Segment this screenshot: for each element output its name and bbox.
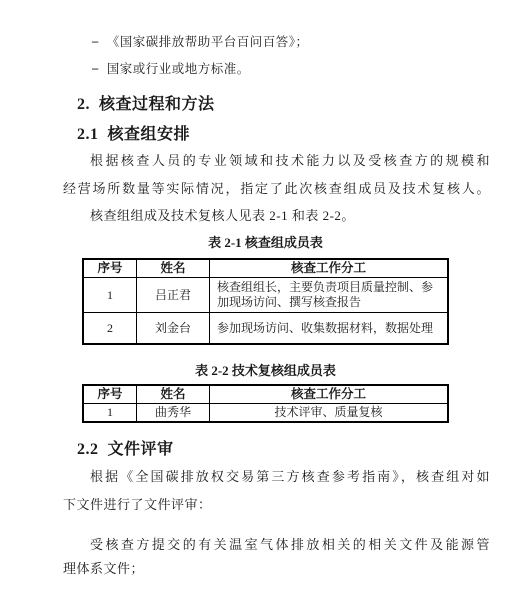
table-2-1: 序号 姓名 核查工作分工 1 吕正君 核查组组长，主要负责项目质量控制、参加现场… bbox=[82, 258, 449, 345]
cell-no: 1 bbox=[84, 278, 136, 312]
section-heading-2-2: 2.2文件评审 bbox=[77, 440, 174, 459]
paragraph-line: 下文件进行了文件评审： bbox=[63, 496, 212, 513]
bullet-text: 国家或行业或地方标准。 bbox=[107, 61, 250, 77]
cell-no: 2 bbox=[84, 313, 136, 343]
header-cell-duty: 核查工作分工 bbox=[209, 260, 447, 277]
section-title: 文件评审 bbox=[108, 441, 174, 458]
section-number: 2.2 bbox=[77, 441, 99, 458]
bullet-item: – 国家或行业或地方标准。 bbox=[92, 61, 250, 77]
table-row: 1 曲秀华 技术评审、质量复核 bbox=[84, 403, 447, 421]
header-cell-no: 序号 bbox=[84, 386, 136, 403]
document-page: – 《国家碳排放帮助平台百问百答》； – 国家或行业或地方标准。 2.核查过程和… bbox=[0, 0, 524, 589]
header-cell-no: 序号 bbox=[84, 260, 136, 277]
cell-duty: 技术评审、质量复核 bbox=[209, 404, 447, 421]
paragraph-line: 根据《全国碳排放权交易第三方核查参考指南》，核查组对如 bbox=[90, 468, 490, 485]
table-2-2-title: 表 2-2 技术复核组成员表 bbox=[82, 363, 449, 379]
header-cell-name: 姓名 bbox=[136, 386, 209, 403]
header-cell-duty: 核查工作分工 bbox=[209, 386, 447, 403]
table-2-1-title: 表 2-1 核查组成员表 bbox=[82, 235, 449, 251]
bullet-dash-icon: – bbox=[92, 60, 99, 76]
section-number: 2.1 bbox=[77, 126, 99, 143]
cell-duty: 参加现场访问、收集数据材料，数据处理 bbox=[209, 313, 447, 343]
bullet-text: 《国家碳排放帮助平台百问百答》； bbox=[107, 34, 309, 50]
cell-name: 刘金台 bbox=[136, 313, 209, 343]
cell-name: 吕正君 bbox=[136, 278, 209, 312]
table-2-2: 序号 姓名 核查工作分工 1 曲秀华 技术评审、质量复核 bbox=[82, 384, 449, 423]
table-header-row: 序号 姓名 核查工作分工 bbox=[84, 386, 447, 403]
section-heading-2-1: 2.1核查组安排 bbox=[77, 125, 190, 144]
section-title: 核查过程和方法 bbox=[99, 96, 215, 113]
paragraph-line: 经营场所数量等实际情况，指定了此次核查组成员及技术复核人。 bbox=[63, 180, 490, 197]
paragraph-line: 根据核查人员的专业领域和技术能力以及受核查方的规模和 bbox=[90, 152, 490, 169]
section-heading-2: 2.核查过程和方法 bbox=[77, 95, 215, 114]
cell-duty: 核查组组长，主要负责项目质量控制、参加现场访问、撰写核查报告 bbox=[209, 278, 447, 312]
header-cell-name: 姓名 bbox=[136, 260, 209, 277]
cell-name: 曲秀华 bbox=[136, 404, 209, 421]
bullet-dash-icon: – bbox=[92, 33, 99, 49]
paragraph-line: 理体系文件； bbox=[63, 560, 144, 577]
bullet-item: – 《国家碳排放帮助平台百问百答》； bbox=[92, 34, 309, 50]
section-title: 核查组安排 bbox=[108, 126, 191, 143]
table-header-row: 序号 姓名 核查工作分工 bbox=[84, 260, 447, 277]
table-row: 1 吕正君 核查组组长，主要负责项目质量控制、参加现场访问、撰写核查报告 bbox=[84, 277, 447, 312]
paragraph-line: 核查组组成及技术复核人见表 2-1 和表 2-2。 bbox=[90, 207, 355, 224]
paragraph-line: 受核查方提交的有关温室气体排放相关的相关文件及能源管 bbox=[90, 536, 490, 553]
cell-no: 1 bbox=[84, 404, 136, 421]
table-row: 2 刘金台 参加现场访问、收集数据材料，数据处理 bbox=[84, 312, 447, 343]
section-number: 2. bbox=[77, 96, 90, 113]
